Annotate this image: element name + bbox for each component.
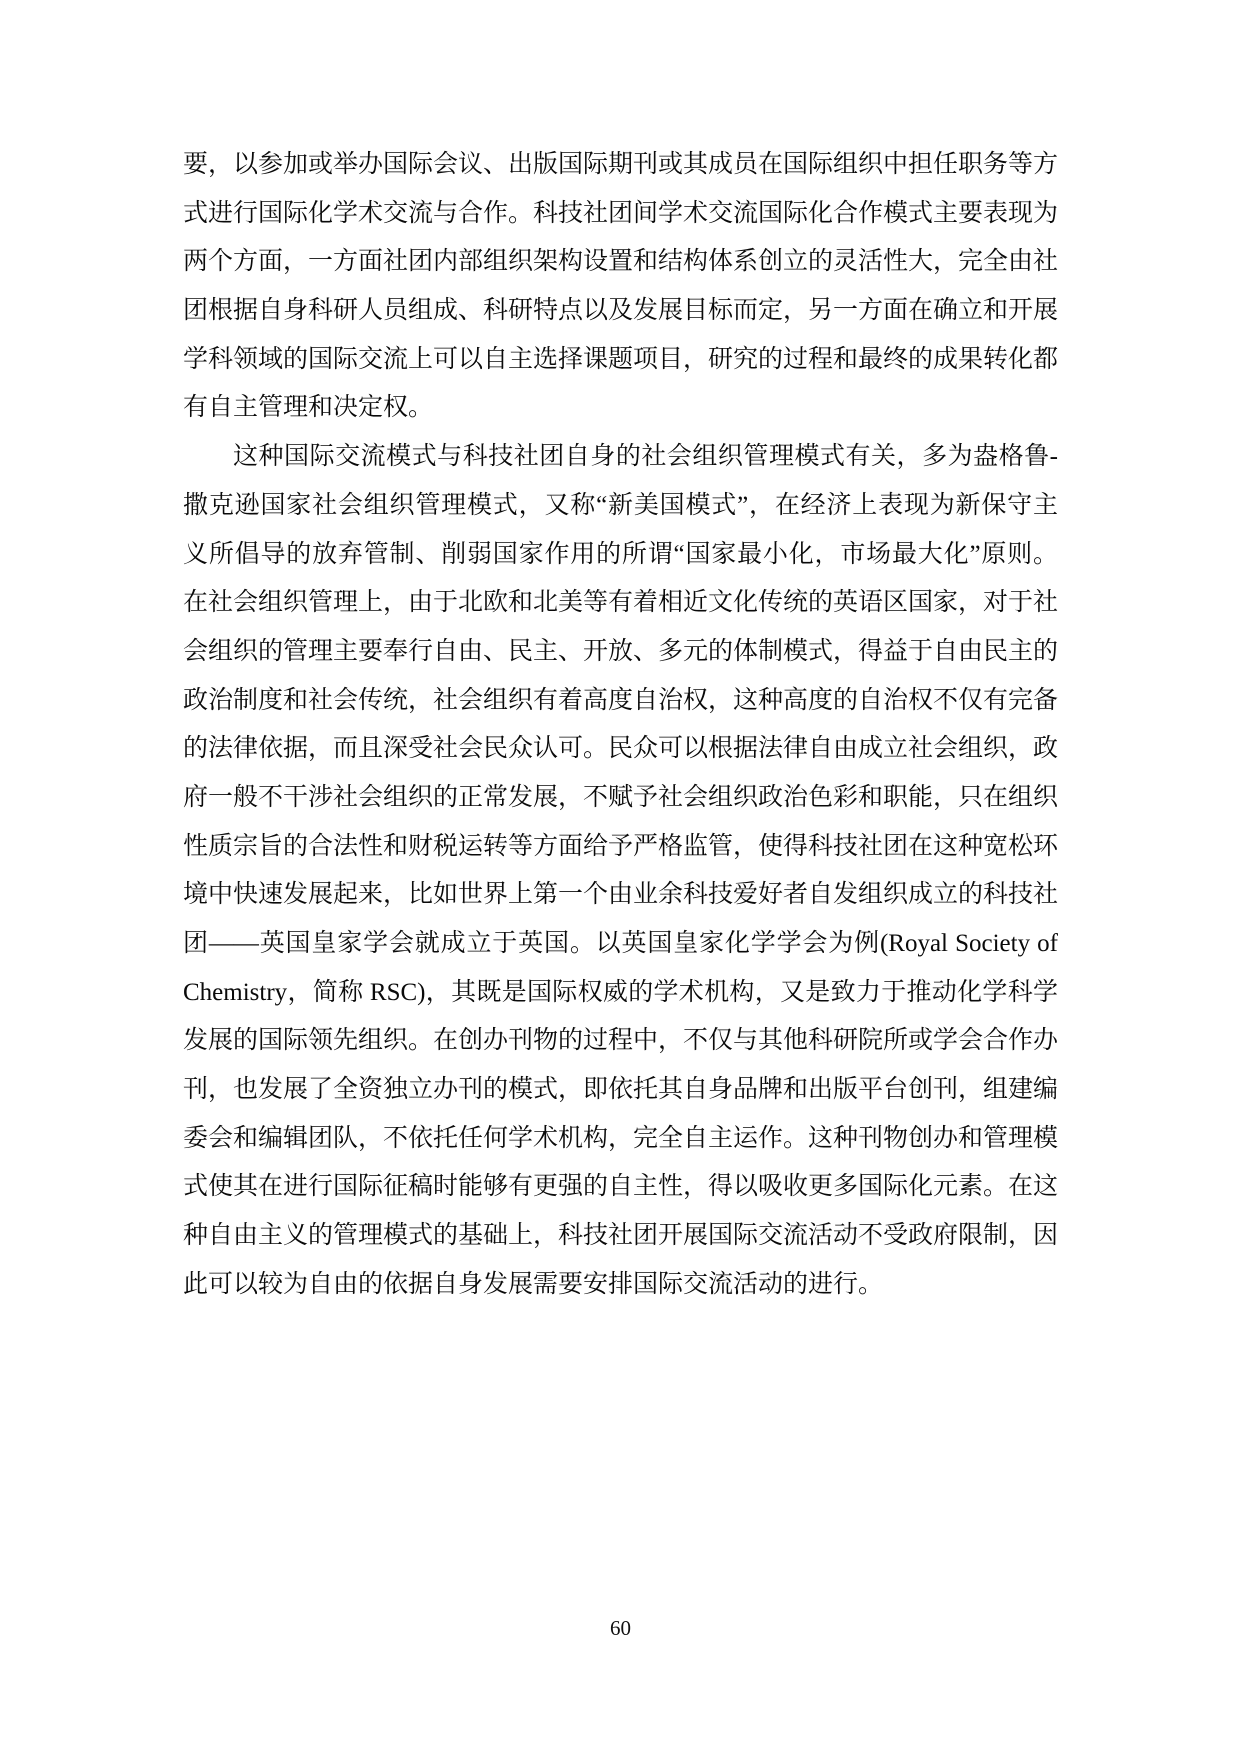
body-text: 要，以参加或举办国际会议、出版国际期刊或其成员在国际组织中担任职务等方式进行国际… — [183, 141, 1058, 1310]
text-line: 义所倡导的放弃管制、削弱国家作用的所谓“国家最小化，市场最大化”原则。 — [183, 531, 1058, 580]
text-line: 在社会组织管理上，由于北欧和北美等有着相近文化传统的英语区国家，对于社 — [183, 579, 1058, 628]
text-line: 种自由主义的管理模式的基础上，科技社团开展国际交流活动不受政府限制，因 — [183, 1212, 1058, 1261]
text-line: 委会和编辑团队，不依托任何学术机构，完全自主运作。这种刊物创办和管理模 — [183, 1115, 1058, 1164]
page-number: 60 — [183, 1615, 1058, 1641]
text-line: Chemistry，简称 RSC)，其既是国际权威的学术机构，又是致力于推动化学… — [183, 969, 1058, 1018]
text-line: 撒克逊国家社会组织管理模式，又称“新美国模式”，在经济上表现为新保守主 — [183, 482, 1058, 531]
text-line: 境中快速发展起来，比如世界上第一个由业余科技爱好者自发组织成立的科技社 — [183, 871, 1058, 920]
text-line: 这种国际交流模式与科技社团自身的社会组织管理模式有关，多为盎格鲁- — [183, 433, 1058, 482]
text-line: 学科领域的国际交流上可以自主选择课题项目，研究的过程和最终的成果转化都 — [183, 336, 1058, 385]
text-line: 式使其在进行国际征稿时能够有更强的自主性，得以吸收更多国际化元素。在这 — [183, 1163, 1058, 1212]
text-line: 式进行国际化学术交流与合作。科技社团间学术交流国际化合作模式主要表现为 — [183, 190, 1058, 239]
text-line: 团——英国皇家学会就成立于英国。以英国皇家化学学会为例(Royal Societ… — [183, 920, 1058, 969]
text-line: 两个方面，一方面社团内部组织架构设置和结构体系创立的灵活性大，完全由社 — [183, 238, 1058, 287]
text-line: 团根据自身科研人员组成、科研特点以及发展目标而定，另一方面在确立和开展 — [183, 287, 1058, 336]
text-line: 府一般不干涉社会组织的正常发展，不赋予社会组织政治色彩和职能，只在组织 — [183, 774, 1058, 823]
text-line: 有自主管理和决定权。 — [183, 384, 1058, 433]
paragraph: 要，以参加或举办国际会议、出版国际期刊或其成员在国际组织中担任职务等方式进行国际… — [183, 141, 1058, 433]
text-line: 政治制度和社会传统，社会组织有着高度自治权，这种高度的自治权不仅有完备 — [183, 677, 1058, 726]
text-line: 要，以参加或举办国际会议、出版国际期刊或其成员在国际组织中担任职务等方 — [183, 141, 1058, 190]
text-line: 会组织的管理主要奉行自由、民主、开放、多元的体制模式，得益于自由民主的 — [183, 628, 1058, 677]
text-line: 性质宗旨的合法性和财税运转等方面给予严格监管，使得科技社团在这种宽松环 — [183, 823, 1058, 872]
text-line: 的法律依据，而且深受社会民众认可。民众可以根据法律自由成立社会组织，政 — [183, 725, 1058, 774]
text-line: 刊，也发展了全资独立办刊的模式，即依托其自身品牌和出版平台创刊，组建编 — [183, 1066, 1058, 1115]
text-line: 此可以较为自由的依据自身发展需要安排国际交流活动的进行。 — [183, 1261, 1058, 1310]
paragraph: 这种国际交流模式与科技社团自身的社会组织管理模式有关，多为盎格鲁-撒克逊国家社会… — [183, 433, 1058, 1309]
document-page: 要，以参加或举办国际会议、出版国际期刊或其成员在国际组织中担任职务等方式进行国际… — [0, 0, 1240, 1753]
text-line: 发展的国际领先组织。在创办刊物的过程中，不仅与其他科研院所或学会合作办 — [183, 1017, 1058, 1066]
